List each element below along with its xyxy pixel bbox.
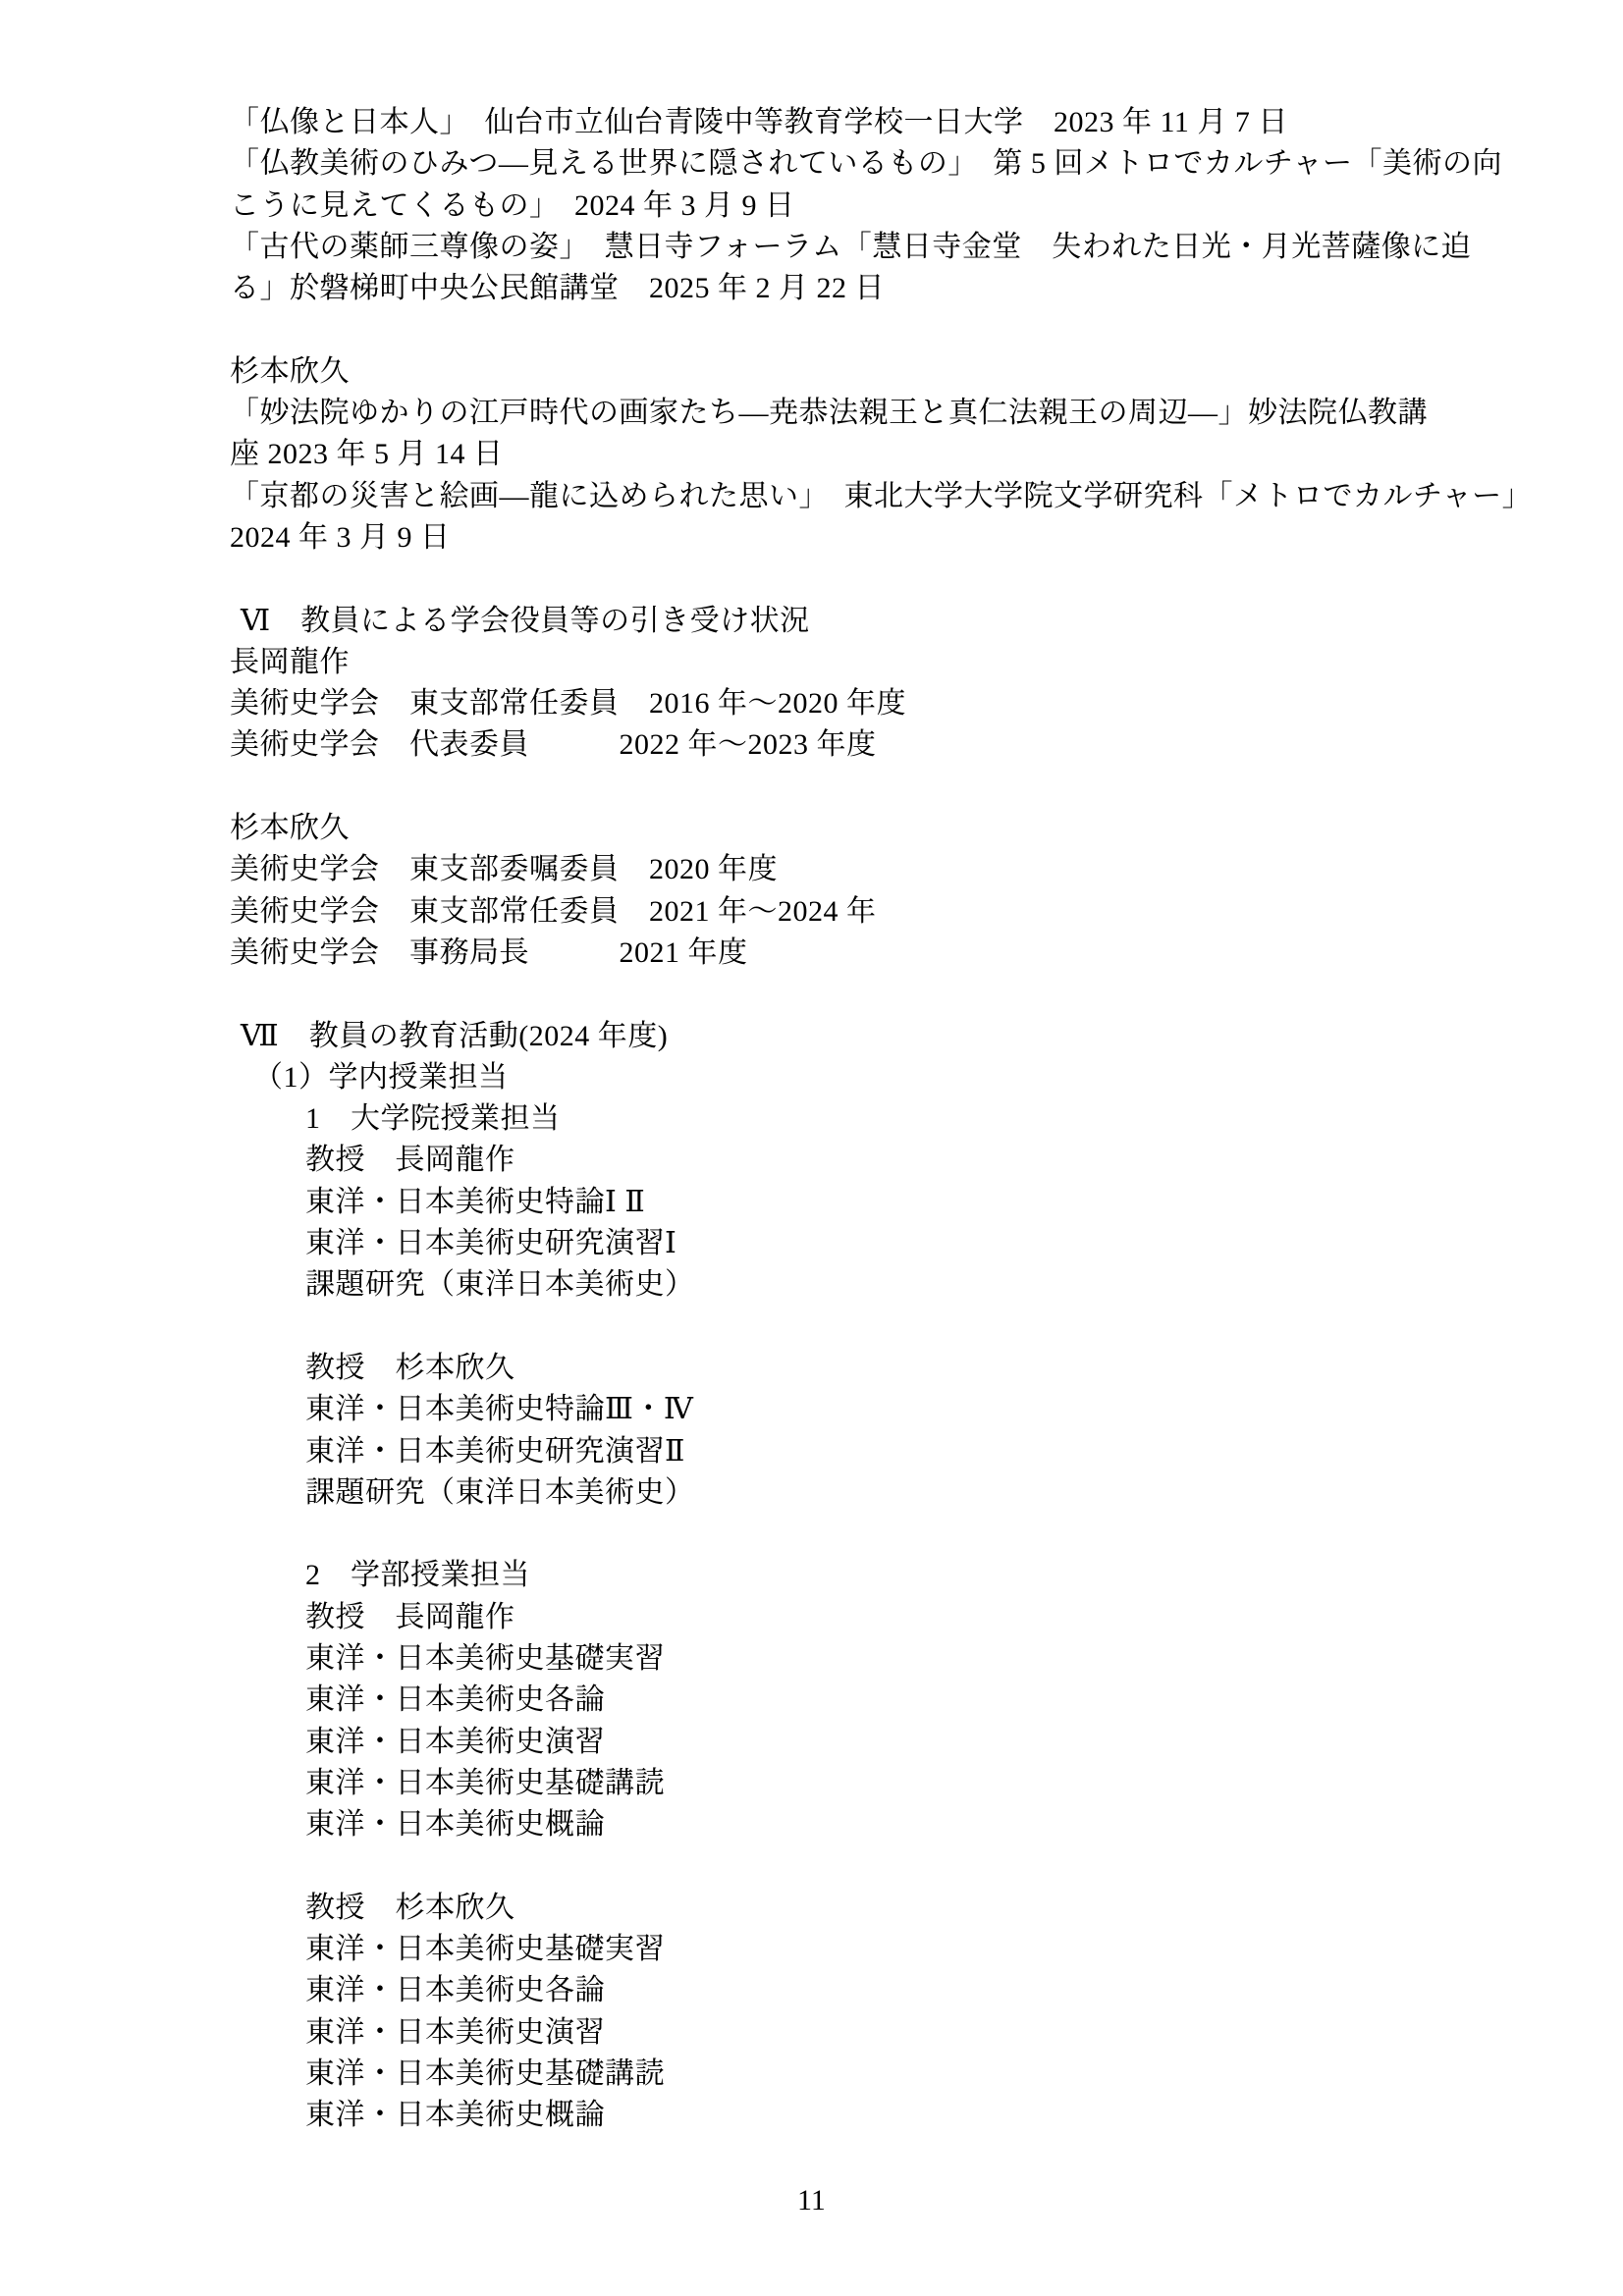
doc-line: 「妙法院ゆかりの江戸時代の画家たち―尭恭法親王と真仁法親王の周辺―」妙法院仏教講 bbox=[230, 393, 1408, 434]
doc-line: 東洋・日本美術史演習 bbox=[230, 2012, 1408, 2054]
doc-line bbox=[230, 309, 1408, 350]
doc-line bbox=[230, 1514, 1408, 1555]
doc-line: 東洋・日本美術史基礎実習 bbox=[230, 1929, 1408, 1970]
doc-line: 美術史学会 東支部常任委員 2021 年～2024 年 bbox=[230, 891, 1408, 933]
doc-line: 1 大学院授業担当 bbox=[230, 1098, 1408, 1140]
doc-line: 2 学部授業担当 bbox=[230, 1555, 1408, 1596]
doc-line: 教授 杉本欣久 bbox=[230, 1348, 1408, 1389]
doc-line: 教授 長岡龍作 bbox=[230, 1597, 1408, 1638]
doc-line: 杉本欣久 bbox=[230, 808, 1408, 849]
doc-line bbox=[230, 974, 1408, 1015]
doc-line: 東洋・日本美術史各論 bbox=[230, 1680, 1408, 1721]
doc-line: る」於磐梯町中央公民館講堂 2025 年 2 月 22 日 bbox=[230, 268, 1408, 309]
doc-line: 「仏教美術のひみつ―見える世界に隠されているもの」 第 5 回メトロでカルチャー… bbox=[230, 143, 1408, 185]
doc-line: 美術史学会 事務局長 2021 年度 bbox=[230, 933, 1408, 974]
doc-line: 「古代の薬師三尊像の姿」 慧日寺フォーラム「慧日寺金堂 失われた日光・月光菩薩像… bbox=[230, 227, 1408, 268]
doc-line: 長岡龍作 bbox=[230, 642, 1408, 683]
doc-line: 課題研究（東洋日本美術史） bbox=[230, 1264, 1408, 1306]
document-page: 「仏像と日本人」 仙台市立仙台青陵中等教育学校一日大学 2023 年 11 月 … bbox=[0, 0, 1623, 2296]
page-number: 11 bbox=[0, 2180, 1623, 2221]
doc-line: 東洋・日本美術史特論Ⅰ Ⅱ bbox=[230, 1182, 1408, 1223]
doc-line bbox=[230, 559, 1408, 600]
doc-line bbox=[230, 767, 1408, 808]
document-lines: 「仏像と日本人」 仙台市立仙台青陵中等教育学校一日大学 2023 年 11 月 … bbox=[230, 102, 1408, 2137]
doc-line: 東洋・日本美術史演習 bbox=[230, 1722, 1408, 1763]
doc-line: 東洋・日本美術史特論Ⅲ・Ⅳ bbox=[230, 1389, 1408, 1430]
doc-line bbox=[230, 1307, 1408, 1348]
doc-line: 美術史学会 東支部常任委員 2016 年～2020 年度 bbox=[230, 683, 1408, 724]
doc-line: 課題研究（東洋日本美術史） bbox=[230, 1472, 1408, 1514]
doc-line bbox=[230, 1845, 1408, 1887]
doc-line: 東洋・日本美術史各論 bbox=[230, 1970, 1408, 2011]
doc-line: 東洋・日本美術史研究演習Ⅰ bbox=[230, 1223, 1408, 1264]
doc-line: 教授 長岡龍作 bbox=[230, 1140, 1408, 1181]
doc-line: 「京都の災害と絵画―龍に込められた思い」 東北大学大学院文学研究科「メトロでカル… bbox=[230, 476, 1408, 517]
doc-line: 座 2023 年 5 月 14 日 bbox=[230, 434, 1408, 475]
doc-line: 美術史学会 代表委員 2022 年～2023 年度 bbox=[230, 724, 1408, 766]
doc-line: 東洋・日本美術史概論 bbox=[230, 2095, 1408, 2136]
doc-line: 東洋・日本美術史基礎講読 bbox=[230, 2054, 1408, 2095]
doc-line: 東洋・日本美術史研究演習Ⅱ bbox=[230, 1431, 1408, 1472]
doc-line: こうに見えてくるもの」 2024 年 3 月 9 日 bbox=[230, 186, 1408, 227]
doc-line: 教授 杉本欣久 bbox=[230, 1888, 1408, 1929]
doc-line: 杉本欣久 bbox=[230, 351, 1408, 393]
doc-line: 「仏像と日本人」 仙台市立仙台青陵中等教育学校一日大学 2023 年 11 月 … bbox=[230, 102, 1408, 143]
doc-line: Ⅶ 教員の教育活動(2024 年度) bbox=[230, 1016, 1408, 1057]
doc-line: （1）学内授業担当 bbox=[230, 1057, 1408, 1098]
doc-line: 東洋・日本美術史基礎実習 bbox=[230, 1638, 1408, 1680]
doc-line: 美術史学会 東支部委嘱委員 2020 年度 bbox=[230, 849, 1408, 890]
doc-line: 東洋・日本美術史基礎講読 bbox=[230, 1763, 1408, 1804]
doc-line: 東洋・日本美術史概論 bbox=[230, 1804, 1408, 1845]
doc-line: Ⅵ 教員による学会役員等の引き受け状況 bbox=[230, 601, 1408, 642]
doc-line: 2024 年 3 月 9 日 bbox=[230, 517, 1408, 559]
